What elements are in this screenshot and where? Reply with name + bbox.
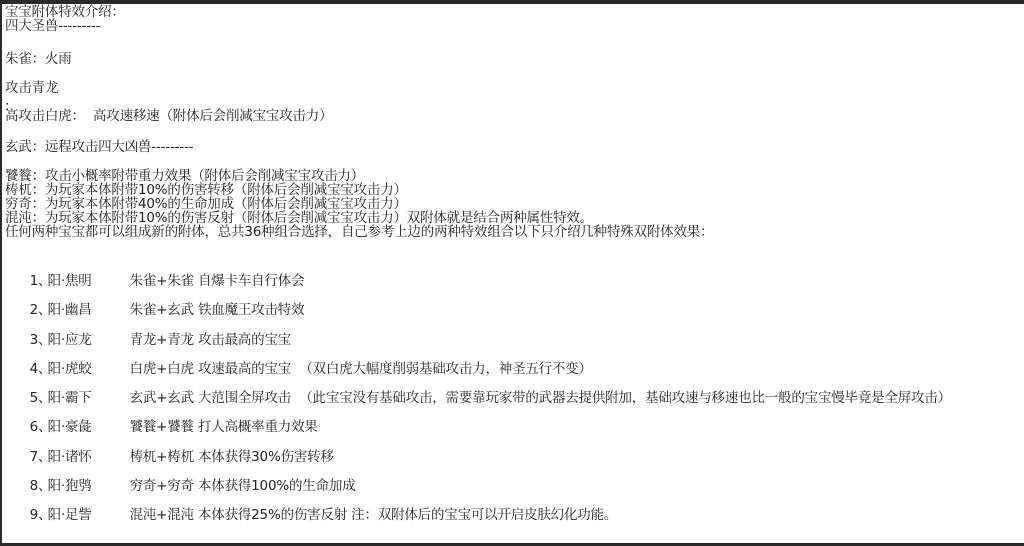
combo-effect: 本体获得25%的伤害反射 注：双附体后的宝宝可以开启皮肤幻化功能。	[198, 507, 617, 523]
combo-name: 阳·足訾	[48, 507, 130, 523]
combo-item: 6、阳·豪彘饕餮+饕餮 打人高概率重力效果	[5, 403, 318, 419]
document-content: 宝宝附体特效介绍： 四大圣兽--------- 朱雀：火雨 攻击青龙 : 高攻击…	[5, 4, 1024, 388]
combo-item: 3、阳·应龙青龙+青龙 攻击最高的宝宝	[5, 316, 291, 332]
combo-item: 5、阳·霸下玄武+玄武 大范围全屏攻击 （此宝宝没有基础攻击，需要靠玩家带的武器…	[5, 374, 951, 390]
beast-xuanwu-and-four-fierce-heading: 玄武：远程攻击四大凶兽---------	[5, 139, 193, 155]
beast-qinglong: 攻击青龙	[5, 80, 58, 96]
combo-item: 9、阳·足訾混沌+混沌 本体获得25%的伤害反射 注：双附体后的宝宝可以开启皮肤…	[5, 491, 617, 507]
document-frame: 宝宝附体特效介绍： 四大圣兽--------- 朱雀：火雨 攻击青龙 : 高攻击…	[0, 0, 1024, 546]
combo-item: 2、阳·幽昌朱雀+玄武 铁血魔王攻击特效	[5, 286, 304, 302]
combo-intro: 任何两种宝宝都可以组成新的附体，总共36种组合选择，自己参考上边的两种特效组合以…	[5, 224, 713, 240]
combo-item: 1、阳·焦明朱雀+朱雀 自爆卡车自行体会	[5, 257, 304, 273]
beast-zhuque: 朱雀：火雨	[5, 51, 72, 67]
combo-pair: 混沌+混沌	[130, 507, 194, 523]
combo-number: 9、	[30, 507, 48, 523]
combo-item: 7、阳·诸怀梼杌+梼杌 本体获得30%伤害转移	[5, 433, 334, 449]
section-heading-four-holy-beasts: 四大圣兽---------	[5, 18, 100, 34]
combo-item: 8、阳·狍鸮穷奇+穷奇 本体获得100%的生命加成	[5, 462, 355, 478]
combo-item: 4、阳·虎蛟白虎+白虎 攻速最高的宝宝 （双白虎大幅度削弱基础攻击力，神圣五行不…	[5, 345, 592, 361]
beast-baihu: 高攻击白虎： 高攻速移速（附体后会削减宝宝攻击力）	[5, 108, 332, 124]
